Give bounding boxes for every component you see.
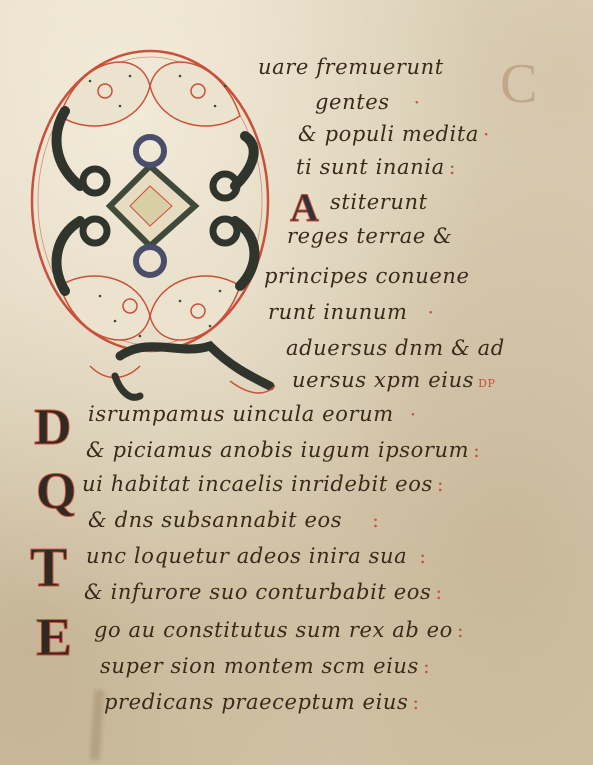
text-line: isrumpamus uincula eorum· xyxy=(88,402,417,426)
text-line: aduersus dnm & ad xyxy=(286,336,509,360)
text-line: & dns subsannabit eos: xyxy=(88,508,379,532)
illuminated-initial-q xyxy=(20,36,290,416)
text-line: super sion montem scm eius: xyxy=(100,654,430,678)
text-line: unc loquetur adeos inira sua: xyxy=(86,544,427,568)
text-line: & populi medita· xyxy=(298,122,490,146)
initial-d: D xyxy=(34,398,72,457)
text-line: & piciamus anobis iugum ipsorum: xyxy=(86,438,481,462)
text-line: & infurore suo conturbabit eos: xyxy=(84,580,443,604)
ink-stain xyxy=(90,690,105,761)
margin-ghost-letter: C xyxy=(500,52,537,116)
text-line: ui habitat incaelis inridebit eos: xyxy=(82,472,444,496)
text-line: runt inunum· xyxy=(268,300,435,324)
text-line: reges terrae & xyxy=(287,224,456,248)
text-line: uare fremuerunt xyxy=(258,55,448,79)
initial-t: T xyxy=(30,536,67,600)
text-line: gentes· xyxy=(315,90,421,114)
text-line: go au constitutus sum rex ab eo: xyxy=(94,618,464,642)
initial-e: E xyxy=(36,606,72,668)
text-line: uersus xpm eiusDP xyxy=(292,368,496,392)
text-line: predicans praeceptum eius: xyxy=(104,690,420,714)
text-line: stiterunt xyxy=(330,190,432,214)
initial-q: Q xyxy=(36,462,76,521)
text-line: ti sunt inania: xyxy=(296,155,456,179)
text-line: principes conuene xyxy=(264,264,474,288)
manuscript-page: C xyxy=(0,0,593,765)
